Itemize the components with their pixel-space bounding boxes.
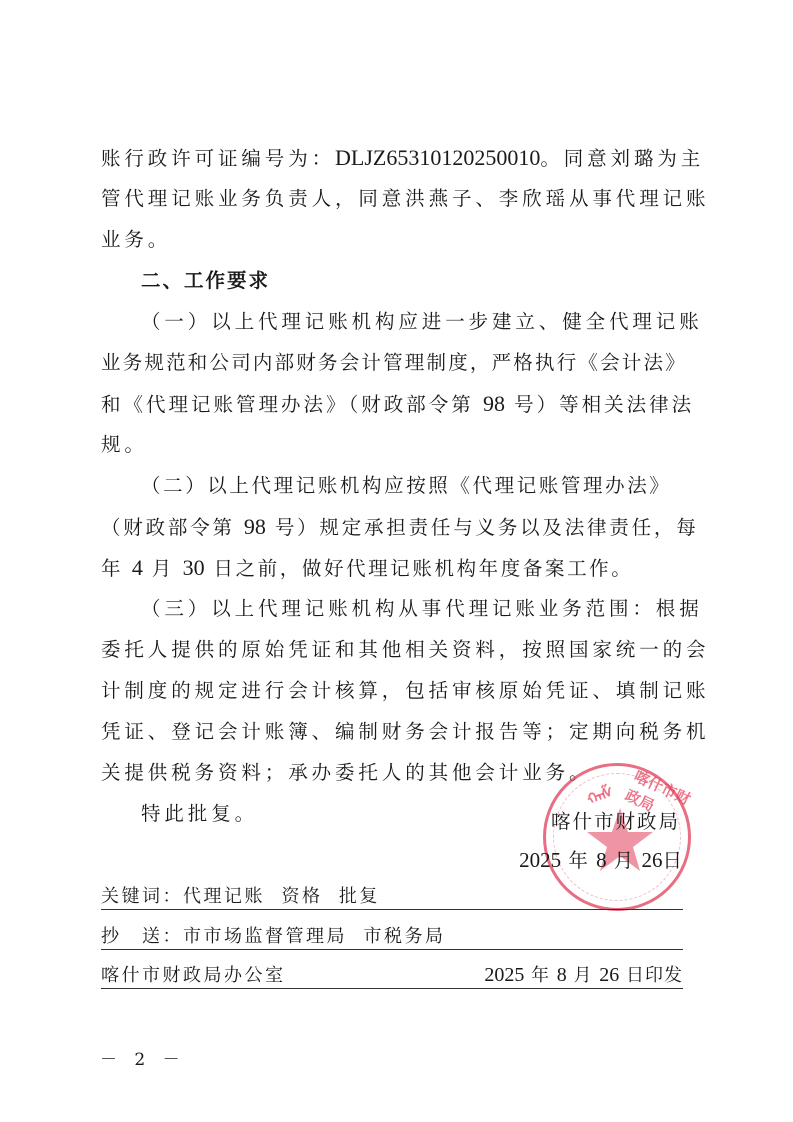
license-number: DLJZ65310120250010 xyxy=(335,145,540,170)
paragraph-line: 业务。 xyxy=(101,228,683,252)
issue-date: 2025 年 8 月 26 日印发 xyxy=(484,961,683,987)
keywords-label: 关键词： xyxy=(101,886,183,907)
text-span: 月 xyxy=(574,965,593,986)
text-span: 年 xyxy=(101,557,123,580)
text-span: 日 xyxy=(662,849,683,872)
signature-date: 2025 年 8 月 26日 xyxy=(519,845,683,873)
paragraph-line: （财政部令第 98 号）规定承担责任与义务以及法律责任，每 xyxy=(101,515,683,540)
paragraph-line: （二）以上代理记账机构应按照《代理记账管理办法》 xyxy=(141,474,683,498)
text-span: 月 xyxy=(614,849,635,872)
cc-label: 抄 送： xyxy=(101,926,183,947)
signature-org: 喀什市财政局 xyxy=(551,806,680,834)
text-span: 号）等相关法律法 xyxy=(514,393,694,416)
cc-row: 抄 送：市市场监督管理局 市税务局 xyxy=(101,918,683,950)
date-year: 2025 xyxy=(519,848,561,872)
issuer-row: 喀什市财政局办公室 2025 年 8 月 26 日印发 xyxy=(101,957,683,989)
issuer-name: 喀什市财政局办公室 xyxy=(101,965,286,986)
issue-day: 26 xyxy=(599,964,619,986)
text-span: 日之前，做好代理记账机构年度备案工作。 xyxy=(213,557,633,580)
document-page: 账行政许可证编号为：DLJZ65310120250010。同意刘璐为主 管代理记… xyxy=(0,0,793,1122)
paragraph-line: 年 4 月 30 日之前，做好代理记账机构年度备案工作。 xyxy=(101,556,683,581)
date-day: 26 xyxy=(641,848,662,872)
paragraph-line: 和《代理记账管理办法》（财政部令第 98 号）等相关法律法 xyxy=(101,392,683,417)
text-span: 日印发 xyxy=(626,965,683,986)
text-span: 年 xyxy=(568,849,589,872)
paragraph-line: 管代理记账业务负责人，同意洪燕子、李欣瑶从事代理记账 xyxy=(101,187,683,211)
text-span: 。同意刘璐为主 xyxy=(540,147,704,170)
paragraph-line: 委托人提供的原始凭证和其他相关资料，按照国家统一的会 xyxy=(101,638,683,662)
keywords-value: 代理记账 资格 批复 xyxy=(183,886,380,907)
text-span: 账行政许可证编号为： xyxy=(101,147,335,170)
text-span: 号）规定承担责任与义务以及法律责任，每 xyxy=(275,516,699,539)
paragraph-line: 规。 xyxy=(101,433,683,457)
date-month: 8 xyxy=(596,848,607,872)
paragraph-line: （一）以上代理记账机构应进一步建立、健全代理记账 xyxy=(141,310,683,334)
paragraph-line: （三）以上代理记账机构从事代理记账业务范围：根据 xyxy=(141,597,683,621)
text-span: 和《代理记账管理办法》（财政部令第 xyxy=(101,393,474,416)
text-span: （财政部令第 xyxy=(101,516,235,539)
paragraph-line: 关提供税务资料；承办委托人的其他会计业务。 xyxy=(101,761,683,785)
day-number: 30 xyxy=(183,555,205,580)
month-number: 4 xyxy=(132,555,143,580)
text-span: 年 xyxy=(531,965,550,986)
section-heading: 二、工作要求 xyxy=(141,269,683,293)
decree-number: 98 xyxy=(483,391,505,416)
decree-number: 98 xyxy=(244,514,266,539)
text-span: 月 xyxy=(152,557,174,580)
issue-year: 2025 xyxy=(484,964,524,986)
paragraph-line: 账行政许可证编号为：DLJZ65310120250010。同意刘璐为主 xyxy=(101,146,683,171)
paragraph-line: 业务规范和公司内部财务会计管理制度，严格执行《会计法》 xyxy=(101,351,683,375)
paragraph-line: 计制度的规定进行会计核算，包括审核原始凭证、填制记账 xyxy=(101,679,683,703)
page-number: － 2 － xyxy=(100,1045,186,1070)
cc-value: 市市场监督管理局 市税务局 xyxy=(183,926,445,947)
paragraph-line: 凭证、登记会计账簿、编制财务会计报告等；定期向税务机 xyxy=(101,720,683,744)
issue-month: 8 xyxy=(557,964,567,986)
keywords-row: 关键词：代理记账 资格 批复 xyxy=(101,878,683,910)
